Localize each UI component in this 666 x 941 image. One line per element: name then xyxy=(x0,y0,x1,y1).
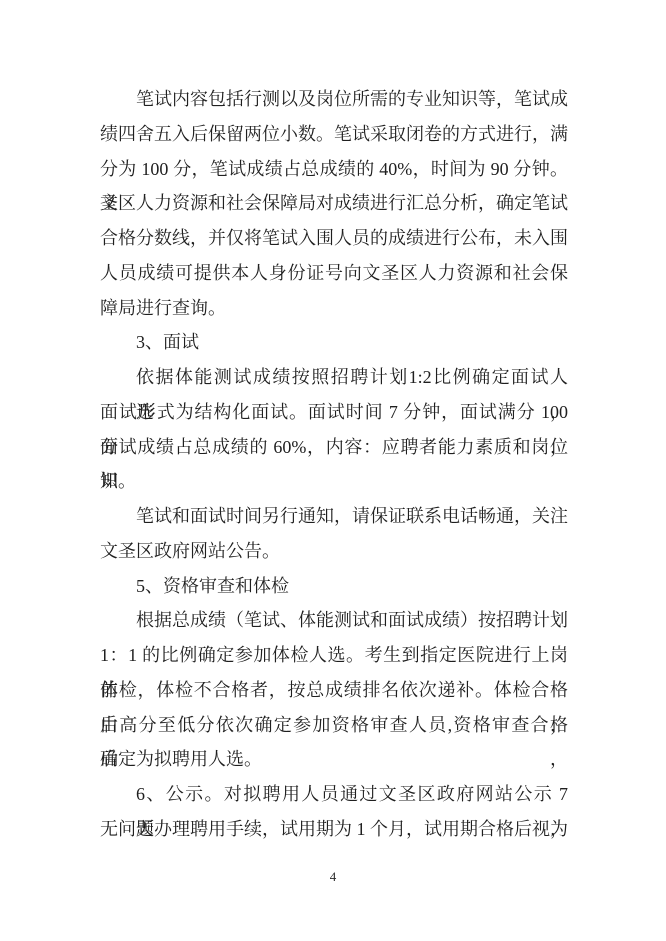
page-footer: 4 xyxy=(0,868,666,886)
document-page: 笔试内容包括行测以及岗位所需的专业知识等，笔试成绩四舍五入后保留两位小数。笔试采… xyxy=(0,0,666,941)
document-line: 由高分至低分依次确定参加资格审查人员,资格审查合格后， xyxy=(100,708,568,743)
document-line: 识。 xyxy=(100,464,568,499)
document-line: 3、面试 xyxy=(100,325,568,360)
document-line: 体检，体检不合格者，按总成绩排名依次递补。体检合格后， xyxy=(100,673,568,708)
document-line: 面试形式为结构化面试。面试时间 7 分钟，面试满分 100 分， xyxy=(100,395,568,430)
document-line: 笔试内容包括行测以及岗位所需的专业知识等，笔试成 xyxy=(100,82,568,117)
document-line: 分为 100 分，笔试成绩占总成绩的 40%，时间为 90 分钟。文 xyxy=(100,152,568,187)
document-line: 根据总成绩（笔试、体能测试和面试成绩）按招聘计划 xyxy=(100,603,568,638)
document-line: 笔试和面试时间另行通知，请保证联系电话畅通，关注 xyxy=(100,499,568,534)
document-line: 人员成绩可提供本人身份证号向文圣区人力资源和社会保 xyxy=(100,256,568,291)
document-line: 1：1 的比例确定参加体检人选。考生到指定医院进行上岗前 xyxy=(100,638,568,673)
document-line: 绩四舍五入后保留两位小数。笔试采取闭卷的方式进行，满 xyxy=(100,117,568,152)
document-line: 面试成绩占总成绩的 60%，内容：应聘者能力素质和岗位知 xyxy=(100,430,568,465)
page-number: 4 xyxy=(330,869,337,884)
document-line: 5、资格审查和体检 xyxy=(100,569,568,604)
document-body: 笔试内容包括行测以及岗位所需的专业知识等，笔试成绩四舍五入后保留两位小数。笔试采… xyxy=(100,82,568,847)
document-line: 依据体能测试成绩按照招聘计划1:2比例确定面试人选， xyxy=(100,360,568,395)
document-line: 合格分数线，并仅将笔试入围人员的成绩进行公布，未入围 xyxy=(100,221,568,256)
document-line: 文圣区政府网站公告。 xyxy=(100,534,568,569)
document-line: 圣区人力资源和社会保障局对成绩进行汇总分析，确定笔试 xyxy=(100,186,568,221)
document-line: 6、公示。对拟聘用人员通过文圣区政府网站公示 7 天， xyxy=(100,777,568,812)
document-line: 无问题办理聘用手续，试用期为 1 个月，试用期合格后视为 xyxy=(100,812,568,847)
document-line: 障局进行查询。 xyxy=(100,291,568,326)
